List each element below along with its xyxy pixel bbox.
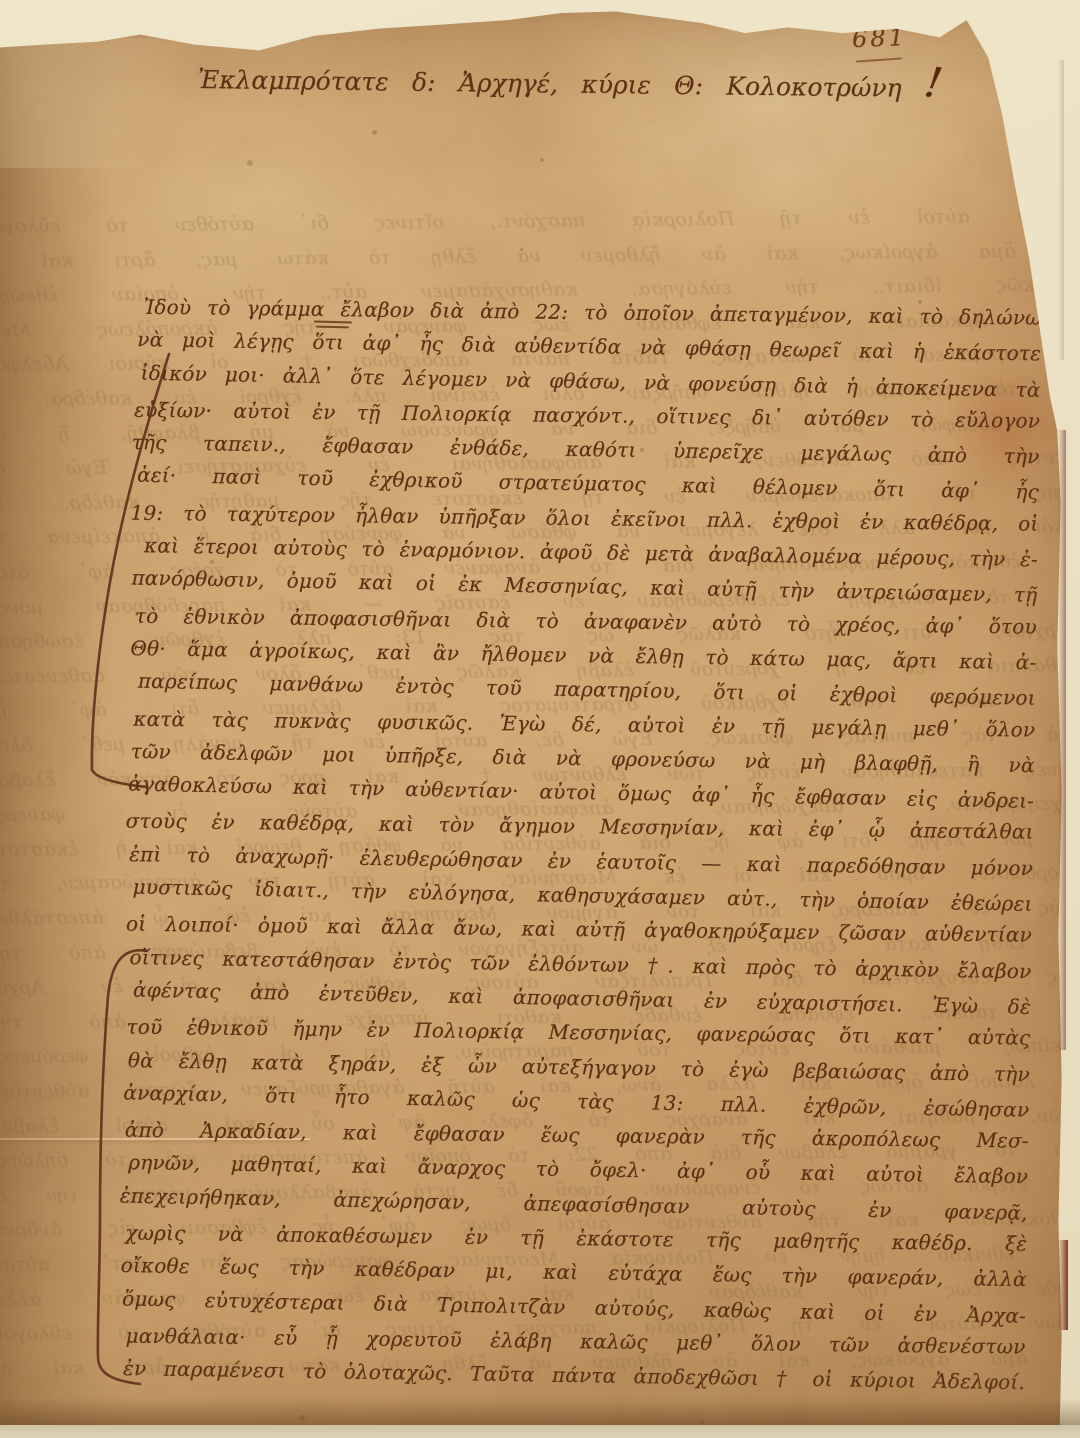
bottom-backing-strip (0, 1425, 1080, 1438)
heading-word: Θ: (674, 71, 703, 100)
ink-speck (247, 160, 253, 166)
paper-sheet: εὐξίων· αὐτοὶ ἐν τῇ Πολιορκίᾳ πασχόντ., … (0, 0, 1080, 1438)
heading-word: δ: (412, 68, 436, 97)
heading-word: Ἐκλαμπρότατε (198, 65, 389, 96)
heading: Ἐκλαμπρότατεδ:Ἀρχηγέ,κύριεΘ:Κολοκοτρώνη! (198, 64, 942, 103)
heading-word: κύριε (581, 70, 651, 100)
heading-word: Κολοκοτρώνη (726, 71, 902, 102)
right-edge-stain (1058, 430, 1066, 1050)
right-edge-stain (1058, 60, 1064, 360)
corner-fold-highlight (0, 38, 300, 168)
heading-word: Ἀρχηγέ, (459, 68, 559, 98)
ink-speck (372, 130, 377, 135)
ink-speck (806, 24, 810, 28)
body-text: Ἰδοὺ τὸ γράμμα ἔλαβον διὰ ἀπὸ 22: τὸ ὁπο… (117, 288, 1042, 1400)
bleed-through-line: εὐξίων· αὐτοὶ ἐν τῇ Πολιορκίᾳ πασχόντ., … (0, 198, 1080, 244)
bleed-through-line: Θθ· ἅμα ἀγροίκως, καὶ ἂν ἤλθομεν νὰ ἔλθῃ… (0, 233, 1080, 279)
ink-speck (520, 248, 523, 251)
right-edge-stain (1058, 1240, 1068, 1330)
ink-speck (540, 158, 544, 162)
page-number: 681 (852, 23, 908, 53)
left-edge-shading (0, 0, 110, 1438)
page-number-underline (856, 57, 902, 62)
bottom-edge-shadow (0, 1398, 1080, 1426)
exclamation-mark: ! (923, 72, 943, 95)
manuscript-page: εὐξίων· αὐτοὶ ἐν τῇ Πολιορκίᾳ πασχόντ., … (0, 0, 1080, 1438)
